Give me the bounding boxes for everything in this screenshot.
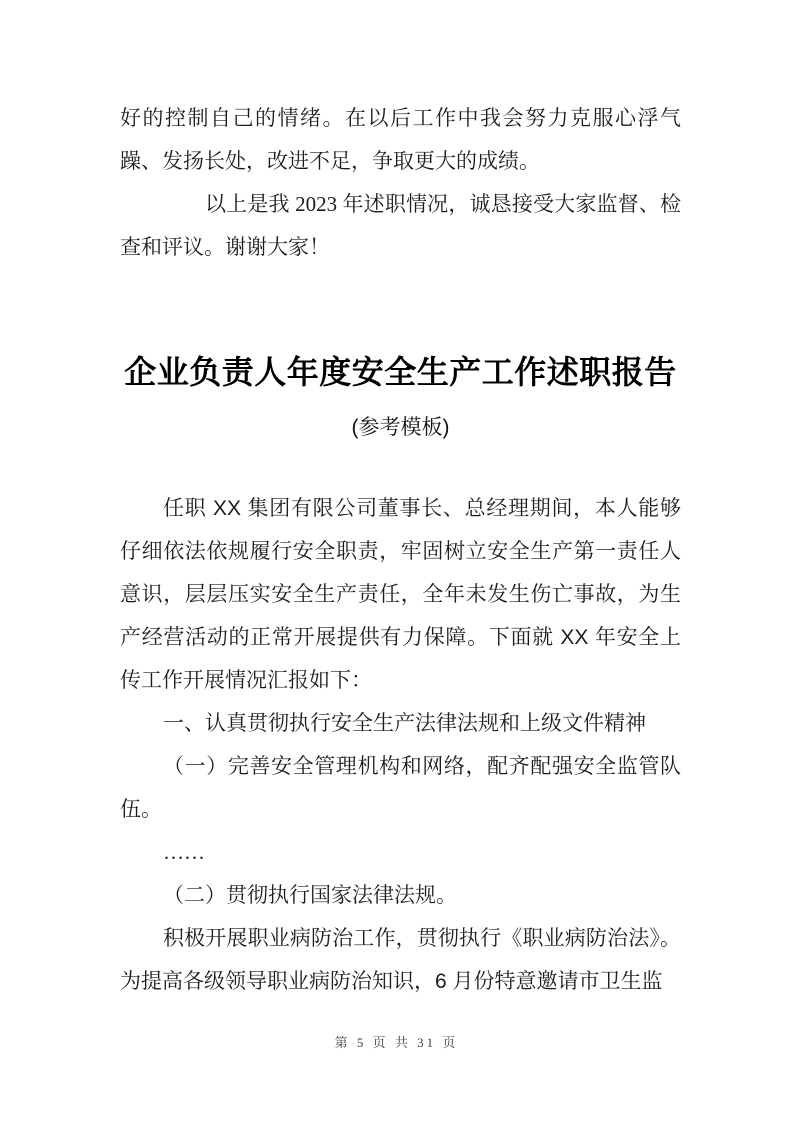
ellipsis-line: …… (120, 831, 681, 874)
page-footer: 第 5 页 共 31 页 (0, 1032, 793, 1052)
paragraph-intro: 任职 XX 集团有限公司董事长、总经理期间，本人能够仔细依法依规履行安全职责，牢… (120, 487, 681, 702)
report-title: 企业负责人年度安全生产工作述职报告 (120, 348, 681, 396)
document-content: 好的控制自己的情绪。在以后工作中我会努力克服心浮气躁、发扬长处，改进不足，争取更… (120, 97, 681, 1003)
section-1-heading: 一、认真贯彻执行安全生产法律法规和上级文件精神 (120, 702, 681, 745)
report-subtitle: (参考模板) (120, 406, 681, 449)
paragraph-occupational-disease: 积极开展职业病防治工作，贯彻执行《职业病防治法》。为提高各级领导职业病防治知识，… (120, 917, 681, 1003)
item-1-2: （二）贯彻执行国家法律法规。 (120, 874, 681, 917)
page-number: 第 5 页 共 31 页 (335, 1035, 459, 1050)
document-page: 好的控制自己的情绪。在以后工作中我会努力克服心浮气躁、发扬长处，改进不足，争取更… (0, 0, 793, 1122)
paragraph-closing-continuation: 好的控制自己的情绪。在以后工作中我会努力克服心浮气躁、发扬长处，改进不足，争取更… (120, 97, 681, 183)
paragraph-closing-final: 以上是我 2023 年述职情况，诚恳接受大家监督、检查和评议。谢谢大家！ (120, 183, 681, 269)
item-1-1: （一）完善安全管理机构和网络，配齐配强安全监管队伍。 (120, 745, 681, 831)
